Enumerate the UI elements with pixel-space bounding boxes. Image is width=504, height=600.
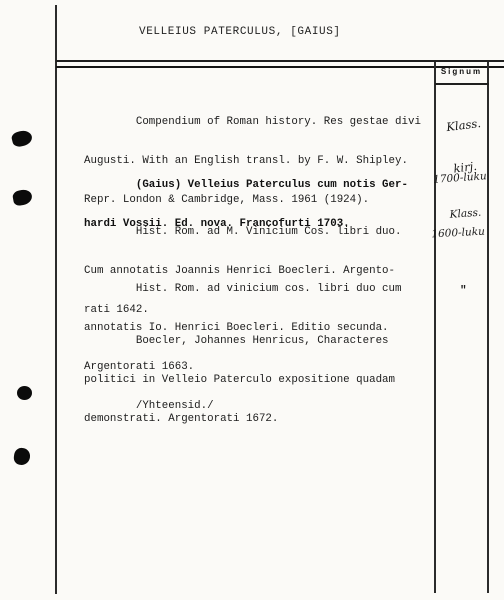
signum-annotation-line: Klass. [446,116,482,134]
punch-mark [10,129,33,148]
top-double-rule-upper [56,60,504,62]
catalog-entry: Boecler, Johannes Henricus, Characteres … [84,309,436,439]
entry-line: demonstrati. Argentorati 1672. [84,413,436,426]
entry-line: (Gaius) Velleius Paterculus cum notis Ge… [84,179,436,192]
entry-line: Hist. Rom. ad M. Vinicium Cos. libri duo… [84,226,436,239]
signum-column-header: Signum [435,67,488,76]
entry-line: Hist. Rom. ad vinicium cos. libri duo cu… [84,283,436,296]
signum-annotation-line: " [460,284,473,298]
punch-mark [12,188,33,206]
signum-annotation-line: 1600-luku [431,225,485,242]
signum-ditto-mark: " [460,256,473,312]
signum-annotation-line: 1700-luku [433,170,487,186]
signum-column-right-rule [487,62,489,593]
page-title: VELLEIUS PATERCULUS, [GAIUS] [139,26,341,38]
signum-annotation: 1600-luku [430,197,486,256]
punch-mark [17,386,32,400]
entry-line: Compendium of Roman history. Res gestae … [84,116,436,129]
left-margin-rule [55,5,57,594]
punch-mark [13,447,31,466]
entry-line: Boecler, Johannes Henricus, Characteres [84,335,436,348]
signum-header-underline [435,83,489,85]
entry-line: politici in Velleio Paterculo exposition… [84,374,436,387]
